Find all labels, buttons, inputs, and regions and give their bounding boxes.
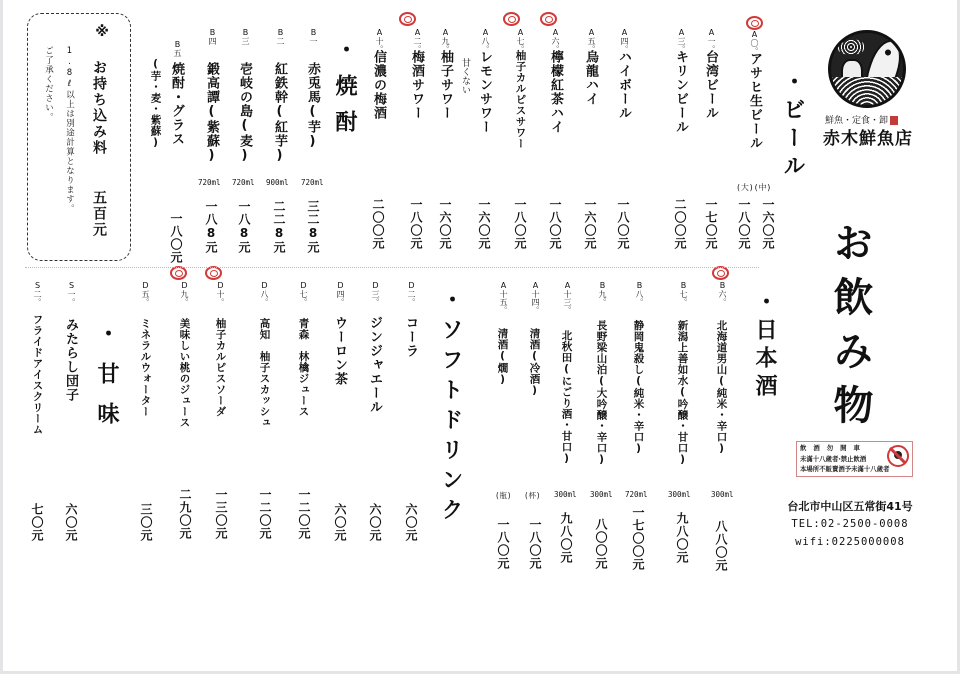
- recommended-mark-icon: [540, 12, 557, 26]
- shop-name: 赤木鮮魚店: [823, 124, 913, 149]
- corkage-notice-box: ※ お持ち込み料 五百元 1.8ℓ以上は別途計算となります。 ご了承ください。: [27, 13, 131, 261]
- recommended-mark-icon: [170, 266, 187, 280]
- no-smoking-icon: [887, 445, 909, 467]
- recommended-mark-icon: [205, 266, 222, 280]
- section-heading-soft-drink: ・ソフトドリンク: [439, 288, 461, 528]
- notice-mark: ※: [95, 24, 109, 40]
- recommended-mark-icon: [399, 12, 416, 26]
- section-heading-beer: ・ビール: [781, 70, 803, 182]
- notice-line2: ご了承ください。: [44, 46, 53, 122]
- shop-address: 台北市中山区五常街41号: [775, 498, 925, 514]
- shop-tel: TEL:02-2500-0008: [775, 518, 925, 530]
- section-heading-shochu: ・焼酎: [333, 38, 355, 146]
- notice-line1: 1.8ℓ以上は別途計算となります。: [65, 46, 74, 214]
- drinking-warning-box: 飲酒勿開車 未滿十八歲者‧禁止飲酒 本場所不販賣酒予未滿十八歲者: [796, 441, 913, 477]
- recommended-mark-icon: [746, 16, 763, 30]
- shop-wifi: wifi:0225000008: [775, 536, 925, 548]
- recommended-mark-icon: [503, 12, 520, 26]
- section-heading-nihonshu: ・日本酒: [753, 290, 775, 402]
- notice-title: お持ち込み料: [92, 60, 106, 156]
- menu-title: お飲み物: [830, 222, 870, 438]
- note-not-sweet: 甘くない: [460, 58, 469, 94]
- section-heading-sweets: ・甘味: [95, 322, 117, 442]
- section-divider: [25, 267, 759, 268]
- notice-amount: 五百元: [92, 190, 106, 238]
- drink-menu-page: 鮮魚・定食・卸 赤木鮮魚店 お飲み物 飲酒勿開車 未滿十八歲者‧禁止飲酒 本場所…: [3, 0, 957, 671]
- shop-logo-fish-icon: [828, 30, 906, 108]
- recommended-mark-icon: [712, 266, 729, 280]
